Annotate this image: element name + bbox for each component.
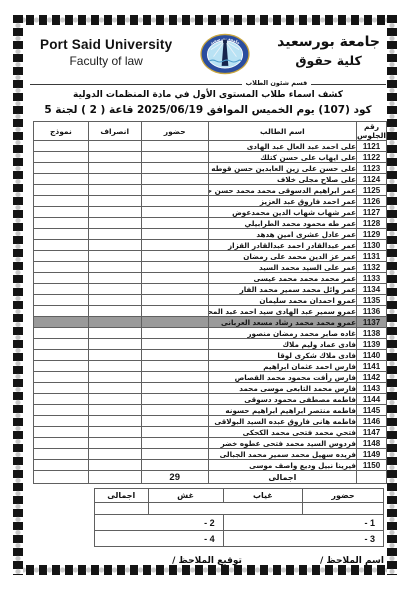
departure-cell <box>88 174 141 185</box>
attendance-cell <box>141 295 208 306</box>
totals-empty-departure <box>88 471 141 484</box>
student-name: على احمد عبد العال عبد الهادى <box>208 141 356 152</box>
departure-cell <box>88 339 141 350</box>
departure-cell <box>88 152 141 163</box>
table-row: 1121 على احمد عبد العال عبد الهادى <box>34 141 387 152</box>
university-name-ar: جامعة بورسعيد <box>277 34 380 50</box>
exam-session-info: كود (107) يوم الخميس الموافق 2025/06/19 … <box>28 104 388 116</box>
summary-header-cheating: غش <box>148 489 223 503</box>
form-cell <box>34 229 89 240</box>
totals-row: اجمالى 29 <box>34 471 387 484</box>
departure-cell <box>88 185 141 196</box>
student-name: على ايهاب على حسن كتلك <box>208 152 356 163</box>
university-name-en: Port Said University <box>40 37 172 52</box>
seat-number: 1135 <box>357 295 387 306</box>
table-row: 1130 عمر عبدالقادر احمد عبدالقادر القزاز <box>34 240 387 251</box>
table-row: 1150 فيرينا نبيل وديع واصف موسى <box>34 460 387 471</box>
university-logo-icon: جامعة بورسعيد <box>198 32 252 76</box>
student-name: فادى عماد وليم ملاك <box>208 339 356 350</box>
seat-number: 1133 <box>357 273 387 284</box>
attendance-cell <box>141 361 208 372</box>
attendance-cell <box>141 196 208 207</box>
seat-number: 1143 <box>357 383 387 394</box>
table-row: 1146 فاطمه هانى فاروق عبده السيد البولاق… <box>34 416 387 427</box>
form-cell <box>34 449 89 460</box>
attendance-cell <box>141 328 208 339</box>
attendance-cell <box>141 240 208 251</box>
form-cell <box>34 438 89 449</box>
summary-table: حضور غياب غش اجمالى - 1 - 2 <box>94 488 384 547</box>
seat-number: 1125 <box>357 185 387 196</box>
departure-cell <box>88 284 141 295</box>
observer-name-label: اسم الملاحظ / <box>266 556 386 566</box>
departure-cell <box>88 306 141 317</box>
document-content: Port Said University Faculty of law جامع… <box>28 27 388 563</box>
totals-empty-form <box>34 471 89 484</box>
seat-number: 1148 <box>357 438 387 449</box>
summary-empty-row <box>95 503 384 515</box>
table-row: 1127 عمر شهاب شهاب الدين محمدعوض <box>34 207 387 218</box>
student-name: عمر محمد محمد محمد عيسى <box>208 273 356 284</box>
student-name: غاده صابر محمد رمضان منصور <box>208 328 356 339</box>
attendance-sheet-page: Port Said University Faculty of law جامع… <box>0 0 417 589</box>
form-cell <box>34 306 89 317</box>
student-name: فارس احمد عثمان ابراهيم <box>208 361 356 372</box>
departure-cell <box>88 207 141 218</box>
attendance-cell <box>141 306 208 317</box>
attendance-cell <box>141 163 208 174</box>
departure-cell <box>88 438 141 449</box>
totals-attendance-count: 29 <box>141 471 208 484</box>
attendance-cell <box>141 174 208 185</box>
departure-cell <box>88 394 141 405</box>
header-divider: قسم شئون الطلاب <box>30 76 386 85</box>
student-name: فاطمه منتصر ابراهيم ابراهيم حسونه <box>208 405 356 416</box>
form-cell <box>34 372 89 383</box>
table-row: 1132 عمر على السيد محمد السيد <box>34 262 387 273</box>
attendance-cell <box>141 394 208 405</box>
sheet-title: كشف اسماء طلاب المستوى الأول في مادة الم… <box>28 90 388 100</box>
departure-cell <box>88 251 141 262</box>
form-cell <box>34 218 89 229</box>
seat-number: 1139 <box>357 339 387 350</box>
border-right <box>387 15 397 575</box>
student-name: فاطمه مصطفى محمود دسوقى <box>208 394 356 405</box>
table-row: 1133 عمر محمد محمد محمد عيسى <box>34 273 387 284</box>
seat-number: 1144 <box>357 394 387 405</box>
attendance-cell <box>141 251 208 262</box>
departure-cell <box>88 372 141 383</box>
note-3: - 3 <box>223 531 383 547</box>
summary-header-attendance: حضور <box>303 489 384 503</box>
summary-empty-attendance <box>303 503 384 515</box>
student-name: فارس رأفت محمود محمد القصاص <box>208 372 356 383</box>
document-footer: اسم الملاحظ / توقيع الملاحظ / <box>28 556 388 566</box>
table-row: 1123 على حسن على زين العابدين حسن قوطه <box>34 163 387 174</box>
form-cell <box>34 251 89 262</box>
student-name: عمر عادل عشرى امين هدهد <box>208 229 356 240</box>
student-name: عمر عز الدين محمد على رمضان <box>208 251 356 262</box>
student-name: عمرو احمدان محمد سليمان <box>208 295 356 306</box>
seat-number: 1123 <box>357 163 387 174</box>
attendance-cell <box>141 372 208 383</box>
form-cell <box>34 317 89 328</box>
form-cell <box>34 163 89 174</box>
seat-number: 1124 <box>357 174 387 185</box>
summary-note-row-1: - 1 - 2 <box>95 515 384 531</box>
table-row: 1131 عمر عز الدين محمد على رمضان <box>34 251 387 262</box>
departure-cell <box>88 383 141 394</box>
departure-cell <box>88 163 141 174</box>
border-top <box>13 15 397 25</box>
form-cell <box>34 207 89 218</box>
student-name: فردوس السيد محمد فتحى عطوه خضر <box>208 438 356 449</box>
faculty-name-en: Faculty of law <box>40 54 172 68</box>
student-name: عمرو محمد محمد رشاد مسعد العربانى <box>208 317 356 328</box>
attendance-cell <box>141 350 208 361</box>
table-row: 1138 غاده صابر محمد رمضان منصور <box>34 328 387 339</box>
document-header: Port Said University Faculty of law جامع… <box>28 27 388 76</box>
student-name: على حسن على زين العابدين حسن قوطه <box>208 163 356 174</box>
departure-cell <box>88 141 141 152</box>
seat-number: 1122 <box>357 152 387 163</box>
student-name: عمر ابراهيم الدسوقى محمد محمد حسن حبيشى <box>208 185 356 196</box>
seat-number: 1150 <box>357 460 387 471</box>
seat-number: 1146 <box>357 416 387 427</box>
seat-number: 1138 <box>357 328 387 339</box>
table-row: 1125 عمر ابراهيم الدسوقى محمد محمد حسن ح… <box>34 185 387 196</box>
border-left <box>13 15 23 575</box>
seat-number: 1130 <box>357 240 387 251</box>
student-name: عمرو سمير عبد الهادى سيد احمد عبد المحسن <box>208 306 356 317</box>
totals-empty-seat <box>357 471 387 484</box>
table-row: 1128 عمر طه محمود محمد الطرابيلي <box>34 218 387 229</box>
table-row: 1140 فادى ملاك شكرى لوقا <box>34 350 387 361</box>
departure-cell <box>88 350 141 361</box>
seat-number: 1141 <box>357 361 387 372</box>
table-header-row: رقم الجلوس اسم الطالب حضور انصراف نموذج <box>34 122 387 141</box>
form-cell <box>34 328 89 339</box>
student-rows: 1121 على احمد عبد العال عبد الهادى 1122 … <box>34 141 387 471</box>
seat-number: 1132 <box>357 262 387 273</box>
summary-note-row-2: - 3 - 4 <box>95 531 384 547</box>
footer-spacer <box>30 556 148 566</box>
border-bottom <box>13 565 397 575</box>
form-cell <box>34 240 89 251</box>
table-row: 1143 فارس محمد التابعى موسى محمد <box>34 383 387 394</box>
attendance-cell <box>141 460 208 471</box>
form-cell <box>34 350 89 361</box>
attendance-cell <box>141 229 208 240</box>
seat-number: 1134 <box>357 284 387 295</box>
seat-number: 1147 <box>357 427 387 438</box>
attendance-cell <box>141 339 208 350</box>
seat-number: 1145 <box>357 405 387 416</box>
departure-cell <box>88 361 141 372</box>
students-table: رقم الجلوس اسم الطالب حضور انصراف نموذج … <box>33 121 387 484</box>
seat-number: 1136 <box>357 306 387 317</box>
attendance-cell <box>141 273 208 284</box>
table-row: 1124 على صلاح مجلى خلاف <box>34 174 387 185</box>
departure-cell <box>88 460 141 471</box>
table-row: 1134 عمر وائل محمد سمير محمد الفار <box>34 284 387 295</box>
col-header-attendance: حضور <box>141 122 208 141</box>
form-cell <box>34 383 89 394</box>
departure-cell <box>88 273 141 284</box>
student-name: فارس محمد التابعى موسى محمد <box>208 383 356 394</box>
table-row: 1126 عمر احمد فاروق عبد العزيز <box>34 196 387 207</box>
form-cell <box>34 196 89 207</box>
note-4: - 4 <box>95 531 224 547</box>
departure-cell <box>88 416 141 427</box>
table-row: 1122 على ايهاب على حسن كتلك <box>34 152 387 163</box>
form-cell <box>34 141 89 152</box>
attendance-cell <box>141 449 208 460</box>
summary-header-total: اجمالى <box>95 489 149 503</box>
form-cell <box>34 394 89 405</box>
observer-signature-label: توقيع الملاحظ / <box>148 556 266 566</box>
student-name: عمر احمد فاروق عبد العزيز <box>208 196 356 207</box>
attendance-cell <box>141 317 208 328</box>
attendance-cell <box>141 284 208 295</box>
table-row: 1141 فارس احمد عثمان ابراهيم <box>34 361 387 372</box>
table-row: 1147 فتحي محمد فتحى محمد الكحكى <box>34 427 387 438</box>
seat-number: 1137 <box>357 317 387 328</box>
departure-cell <box>88 295 141 306</box>
form-cell <box>34 273 89 284</box>
form-cell <box>34 284 89 295</box>
table-row: 1129 عمر عادل عشرى امين هدهد <box>34 229 387 240</box>
student-name: فادى ملاك شكرى لوقا <box>208 350 356 361</box>
form-cell <box>34 174 89 185</box>
form-cell <box>34 405 89 416</box>
attendance-cell <box>141 262 208 273</box>
form-cell <box>34 460 89 471</box>
col-header-form: نموذج <box>34 122 89 141</box>
departure-cell <box>88 240 141 251</box>
summary-empty-middle <box>148 503 303 515</box>
form-cell <box>34 295 89 306</box>
departure-cell <box>88 405 141 416</box>
attendance-cell <box>141 427 208 438</box>
student-name: عمر عبدالقادر احمد عبدالقادر القزاز <box>208 240 356 251</box>
student-name: عمر وائل محمد سمير محمد الفار <box>208 284 356 295</box>
student-name: على صلاح مجلى خلاف <box>208 174 356 185</box>
attendance-cell <box>141 207 208 218</box>
student-name: عمر شهاب شهاب الدين محمدعوض <box>208 207 356 218</box>
departure-cell <box>88 229 141 240</box>
departure-cell <box>88 262 141 273</box>
form-cell <box>34 152 89 163</box>
attendance-cell <box>141 405 208 416</box>
departure-cell <box>88 218 141 229</box>
summary-header-absence: غياب <box>223 489 302 503</box>
table-row: 1145 فاطمه منتصر ابراهيم ابراهيم حسونه <box>34 405 387 416</box>
attendance-cell <box>141 438 208 449</box>
table-row: 1142 فارس رأفت محمود محمد القصاص <box>34 372 387 383</box>
form-cell <box>34 262 89 273</box>
seat-number: 1131 <box>357 251 387 262</box>
table-row: 1149 فريده سهيل محمد سمير محمد الجبالى <box>34 449 387 460</box>
form-cell <box>34 339 89 350</box>
table-row: 1136 عمرو سمير عبد الهادى سيد احمد عبد ا… <box>34 306 387 317</box>
attendance-cell <box>141 141 208 152</box>
form-cell <box>34 427 89 438</box>
form-cell <box>34 185 89 196</box>
student-name: عمر على السيد محمد السيد <box>208 262 356 273</box>
seat-number: 1126 <box>357 196 387 207</box>
table-row: 1148 فردوس السيد محمد فتحى عطوه خضر <box>34 438 387 449</box>
faculty-name-ar: كلية حقوق <box>277 53 380 68</box>
table-row: 1139 فادى عماد وليم ملاك <box>34 339 387 350</box>
attendance-cell <box>141 218 208 229</box>
table-row: 1135 عمرو احمدان محمد سليمان <box>34 295 387 306</box>
note-2: - 2 <box>95 515 224 531</box>
col-header-departure: انصراف <box>88 122 141 141</box>
header-english: Port Said University Faculty of law <box>40 32 172 68</box>
seat-number: 1142 <box>357 372 387 383</box>
seat-number: 1149 <box>357 449 387 460</box>
student-name: عمر طه محمود محمد الطرابيلي <box>208 218 356 229</box>
summary-empty-total <box>95 503 149 515</box>
departure-cell <box>88 317 141 328</box>
summary-section: حضور غياب غش اجمالى - 1 - 2 <box>28 488 388 547</box>
seat-number: 1128 <box>357 218 387 229</box>
totals-label: اجمالى <box>208 471 356 484</box>
student-name: فيرينا نبيل وديع واصف موسى <box>208 460 356 471</box>
departure-cell <box>88 449 141 460</box>
summary-header-row: حضور غياب غش اجمالى <box>95 489 384 503</box>
note-1: - 1 <box>223 515 383 531</box>
seat-number: 1140 <box>357 350 387 361</box>
attendance-cell <box>141 152 208 163</box>
seat-number: 1127 <box>357 207 387 218</box>
header-arabic: جامعة بورسعيد كلية حقوق <box>277 32 380 68</box>
student-name: فتحي محمد فتحى محمد الكحكى <box>208 427 356 438</box>
form-cell <box>34 416 89 427</box>
form-cell <box>34 361 89 372</box>
attendance-cell <box>141 185 208 196</box>
departure-cell <box>88 196 141 207</box>
attendance-cell <box>141 383 208 394</box>
seat-number: 1129 <box>357 229 387 240</box>
table-row: 1137 عمرو محمد محمد رشاد مسعد العربانى <box>34 317 387 328</box>
student-name: فاطمه هانى فاروق عبده السيد البولاقى <box>208 416 356 427</box>
seat-number: 1121 <box>357 141 387 152</box>
attendance-cell <box>141 416 208 427</box>
col-header-seat-number: رقم الجلوس <box>357 122 387 141</box>
departure-cell <box>88 328 141 339</box>
student-name: فريده سهيل محمد سمير محمد الجبالى <box>208 449 356 460</box>
department-label: قسم شئون الطلاب <box>242 79 312 87</box>
table-row: 1144 فاطمه مصطفى محمود دسوقى <box>34 394 387 405</box>
col-header-student-name: اسم الطالب <box>208 122 356 141</box>
departure-cell <box>88 427 141 438</box>
